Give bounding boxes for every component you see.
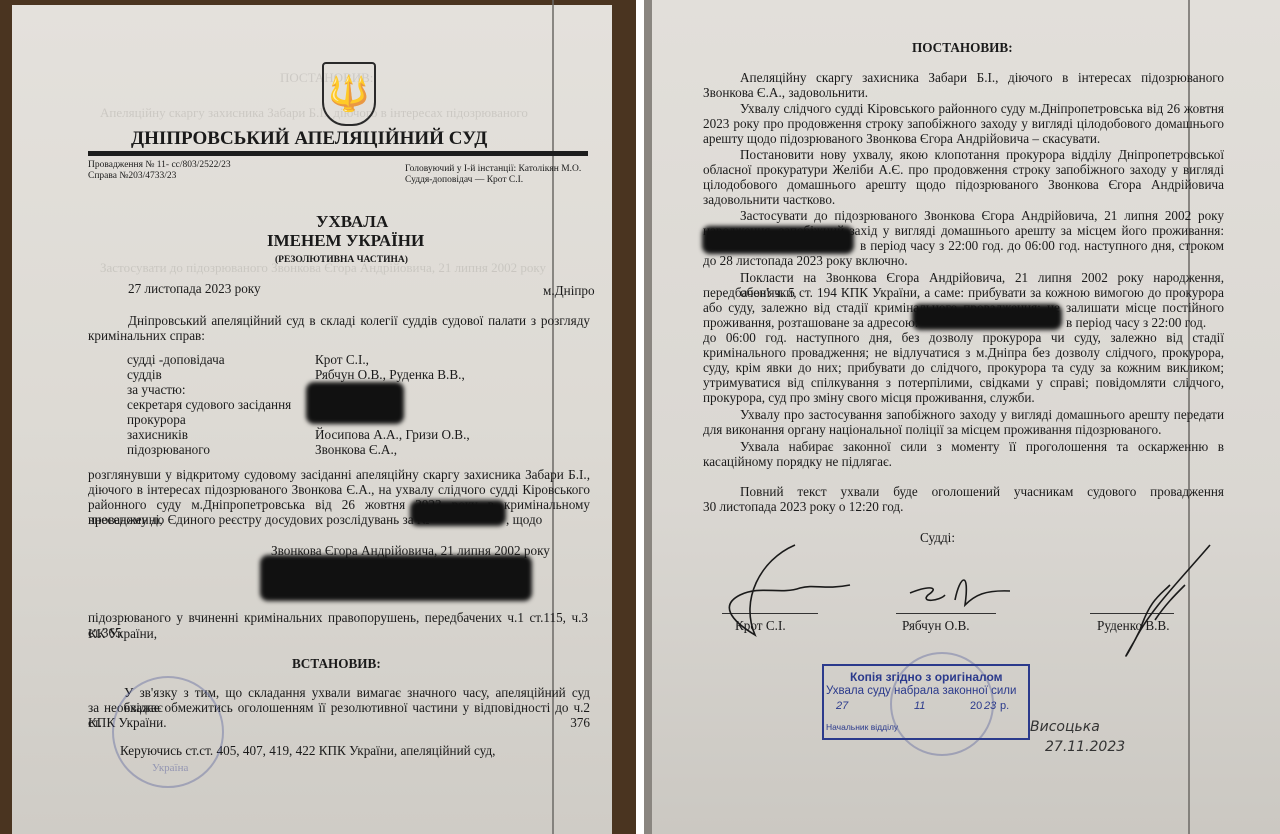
doc-city: м.Дніпро — [543, 283, 595, 298]
body-line: 2023 року про продовження строку запобіж… — [703, 116, 1224, 131]
body-line: для виконання органу національної поліці… — [703, 422, 1161, 437]
established-heading: ВСТАНОВИВ: — [292, 656, 381, 671]
body-line: Звонкова Є.А., задовольнити. — [703, 85, 868, 100]
first-instance-judge: Головуючий у І-й інстанції: Католікян М.… — [405, 164, 581, 175]
role: секретаря судового засідання — [127, 397, 291, 412]
role: захисників — [127, 427, 188, 442]
redaction-block — [260, 555, 532, 601]
body-line: в період часу з 22:00 год. до 06:00 год.… — [860, 238, 1224, 253]
court-seal: Україна — [112, 676, 224, 788]
name: Крот С.І., — [315, 352, 369, 367]
reporting-judge-header: Суддя-доповідач — Крот С.І. — [405, 175, 523, 186]
handwritten-name: Висоцька — [1030, 720, 1100, 735]
body-line: суду, крім явки до них; прибувати до слі… — [703, 360, 1224, 375]
court-name: ДНІПРОВСЬКИЙ АПЕЛЯЦІЙНИЙ СУД — [131, 128, 487, 150]
name: Звонкова Є.А., — [315, 442, 397, 457]
stamp-month: 11 — [914, 700, 925, 712]
body-line: цілодобового домашнього арешту щодо підо… — [703, 177, 1224, 192]
body-line: касаційному порядку не підлягає. — [703, 454, 892, 469]
body-line: Апеляційну скаргу захисника Забари Б.І.,… — [740, 70, 1224, 85]
redaction-block — [306, 382, 404, 424]
stamp-year-unit: р. — [1000, 700, 1009, 712]
role: прокурора — [127, 412, 186, 427]
charges-line: КК України, — [88, 626, 157, 641]
role: підозрюваного — [127, 442, 210, 457]
body-line: 30 листопада 2023 року о 12:20 год. — [703, 499, 903, 514]
signature-rudenko-icon — [1080, 540, 1220, 680]
header-rule — [88, 151, 588, 156]
name: Рябчун О.В., Руденка В.В., — [315, 367, 465, 382]
signature-ryabchun-icon — [900, 565, 1020, 615]
judges-label: Судді: — [920, 530, 955, 545]
body-line: Ухвалу слідчого судді Кіровського районн… — [740, 101, 1224, 116]
body-line: розглянувши у відкритому судовому засіда… — [88, 467, 590, 482]
body-line: до 06:00 год. наступного дня, без дозвол… — [703, 330, 1224, 345]
redaction-block — [912, 304, 1062, 330]
signature-krot-icon — [700, 540, 860, 650]
intro-line-2: кримінальних справ: — [88, 328, 205, 343]
body-line: арешту щодо підозрюваного Звонкова Єгора… — [703, 131, 1100, 146]
photo-divider — [636, 0, 644, 834]
body-line: проживання, розташоване за адресою: — [703, 315, 918, 330]
stamp-day: 27 — [836, 700, 848, 712]
doc-date: 27 листопада 2023 року — [128, 281, 261, 296]
doc-title: УХВАЛА — [316, 212, 388, 232]
stamp-year-prefix: 20 — [970, 700, 982, 712]
proceeding-number: Провадження № 11- сс/803/2522/23 — [88, 160, 231, 171]
body-line: прокурора, суд про зміну свого місця про… — [703, 390, 1035, 405]
body-line: Постановити нову ухвалу, якою клопотання… — [740, 147, 1224, 162]
case-number: Справа №203/4733/23 — [88, 171, 176, 182]
copy-stamp: Копія згідно з оригіналом Ухвала суду на… — [822, 664, 1030, 740]
body-line: задовольнити частково. — [703, 192, 835, 207]
body-line: утримуватися від спілкування з потерпіли… — [703, 375, 1224, 390]
handwritten-date: 27.11.2023 — [1045, 740, 1125, 755]
redaction-block — [410, 500, 506, 526]
doc-title-2: ІМЕНЕМ УКРАЇНИ — [267, 231, 424, 251]
seal-text: Україна — [152, 762, 188, 774]
signatory-name: Рябчун О.В. — [902, 618, 970, 633]
body-line: Повний текст ухвали буде оголошений учас… — [740, 484, 1224, 499]
doc-subtitle: (РЕЗОЛЮТИВНА ЧАСТИНА) — [275, 253, 408, 268]
role: суддів — [127, 367, 162, 382]
stamp-head-label: Начальник відділу — [826, 722, 898, 732]
stamp-year: 23 — [984, 700, 996, 712]
body-line: внесеному до Єдиного реєстру досудових р… — [88, 512, 429, 527]
body-line: обласної прокуратури Желіби А.Є. про про… — [703, 162, 1224, 177]
body-line: , щодо — [506, 512, 542, 527]
body-line: діючого в інтересах підозрюваного Звонко… — [88, 482, 590, 497]
body-line: Застосувати до підозрюваного Звонкова Єг… — [740, 208, 1224, 223]
intro-line: Дніпровський апеляційний суд в складі ко… — [128, 313, 590, 328]
body-line: кримінального провадження; не відлучатис… — [703, 345, 1224, 360]
stamp-title: Копія згідно з оригіналом — [850, 670, 1003, 684]
body-line: до 28 листопада 2023 року включно. — [703, 253, 908, 268]
body-line: в період часу з 22:00 год. — [1066, 315, 1206, 330]
body-line: передбачені ч. 5 ст. 194 КПК України, а … — [703, 285, 1224, 300]
trident-emblem-icon: 🔱 — [322, 62, 376, 126]
redaction-block — [702, 226, 854, 254]
charges-line: підозрюваного у вчиненні кримінальних пр… — [88, 610, 588, 640]
role: судді -доповідача — [127, 352, 225, 367]
stamp-line: Ухвала суду набрала законної сили — [826, 685, 1016, 697]
ruled-heading: ПОСТАНОВИВ: — [912, 40, 1013, 55]
body-line: Ухвала набирає законної сили з моменту ї… — [740, 439, 1224, 454]
name: Йосипова А.А., Гризи О.В., — [315, 427, 470, 442]
body-line: Ухвалу про застосування запобіжного захо… — [740, 407, 1224, 422]
role: за участю: — [127, 382, 186, 397]
